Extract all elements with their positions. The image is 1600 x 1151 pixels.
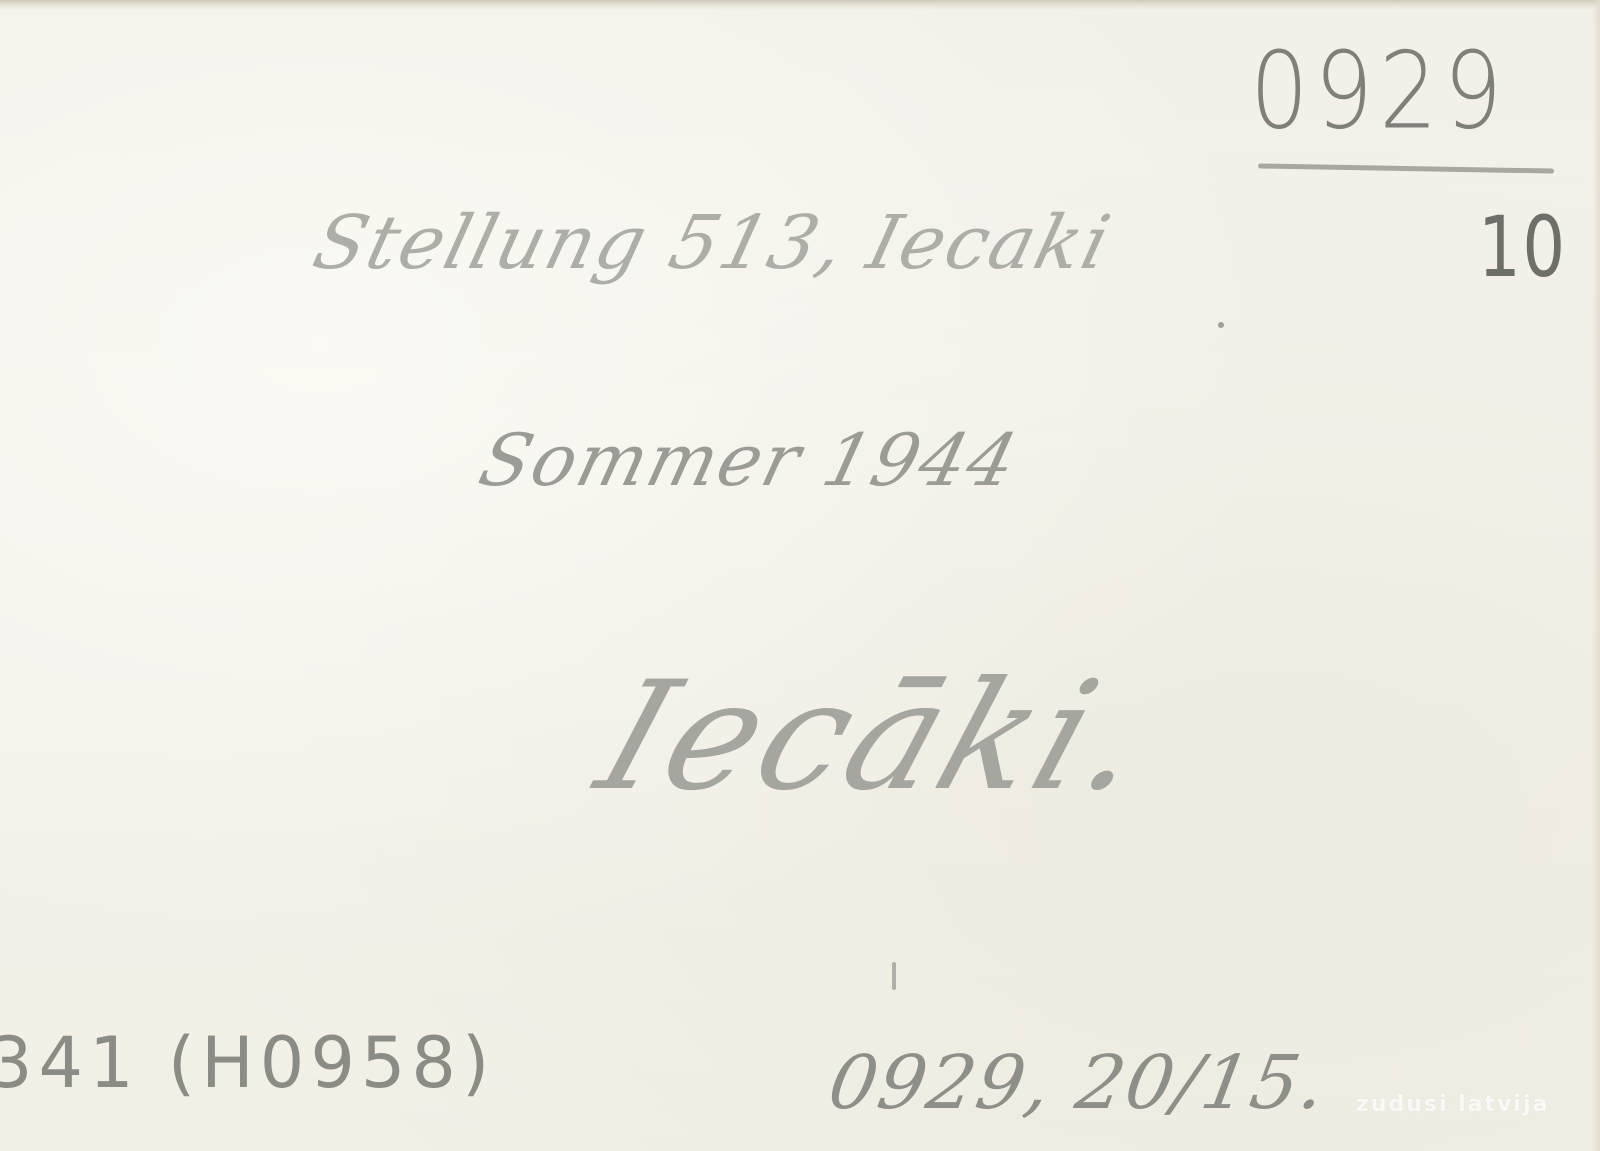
reference-number-left: 341 (H0958) [0, 1022, 495, 1104]
handwritten-location-line: Stellung 513, Iecaki [305, 200, 1120, 286]
handwritten-date-line: Sommer 1944 [472, 418, 1027, 502]
reference-number-center: 0929, 20/15. [822, 1040, 1333, 1126]
catalogue-number-denominator: 10 [1478, 198, 1567, 296]
card-right-edge [1592, 0, 1600, 1151]
catalogue-number-numerator: 0929 [1250, 30, 1508, 153]
fraction-divider-line [1258, 163, 1554, 173]
photo-back-card: 0929 10 Stellung 513, Iecaki Sommer 1944… [0, 0, 1600, 1151]
pencil-tick-mark [892, 962, 896, 990]
handwritten-place-name: Iecāki. [580, 650, 1173, 824]
source-watermark: zudusi latvija [1356, 1092, 1549, 1117]
pencil-dot-mark [1218, 322, 1224, 328]
card-top-edge [0, 0, 1600, 10]
